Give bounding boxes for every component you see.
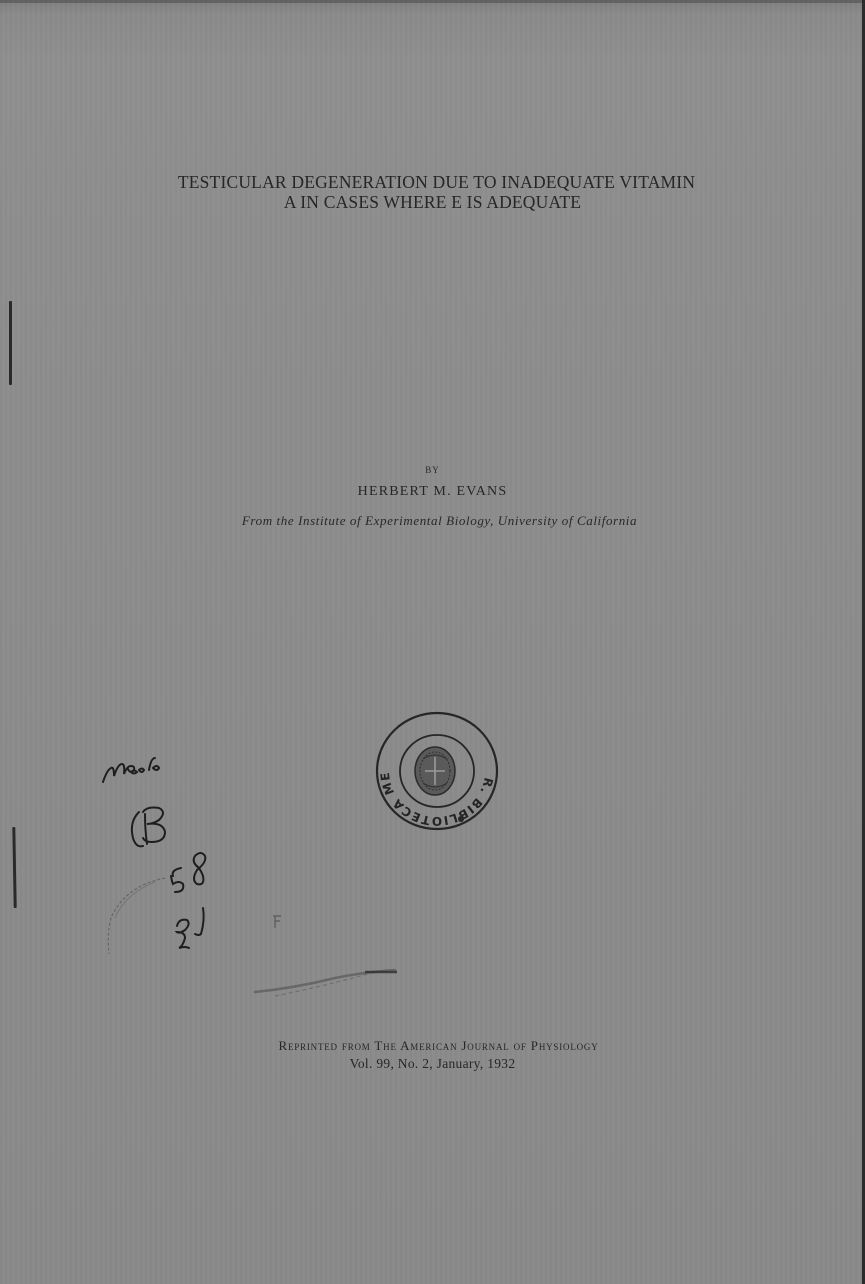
binding-mark-bottom [12,827,16,908]
author-name: HERBERT M. EVANS [0,484,865,500]
scan-top-edge [0,0,865,3]
author-affiliation: From the Institute of Experimental Biolo… [0,513,865,529]
handwritten-shelfmark [95,750,295,960]
title-line-1: TESTICULAR DEGENERATION DUE TO INADEQUAT… [0,172,865,192]
title-line-2: A IN CASES WHERE E IS ADEQUATE [0,192,865,212]
journal-volume: Vol. 99, No. 2, January, 1932 [0,1056,865,1072]
ink-smudge [245,962,405,1002]
document-page: TESTICULAR DEGENERATION DUE TO INADEQUAT… [0,0,865,1284]
library-stamp-icon: R. BIBLIOTECA MEDICA ROMA [373,709,501,833]
by-label: BY [0,465,865,475]
document-title: TESTICULAR DEGENERATION DUE TO INADEQUAT… [0,172,865,212]
binding-mark-top [9,301,12,385]
reprint-source: Reprinted from The American Journal of P… [0,1038,865,1054]
